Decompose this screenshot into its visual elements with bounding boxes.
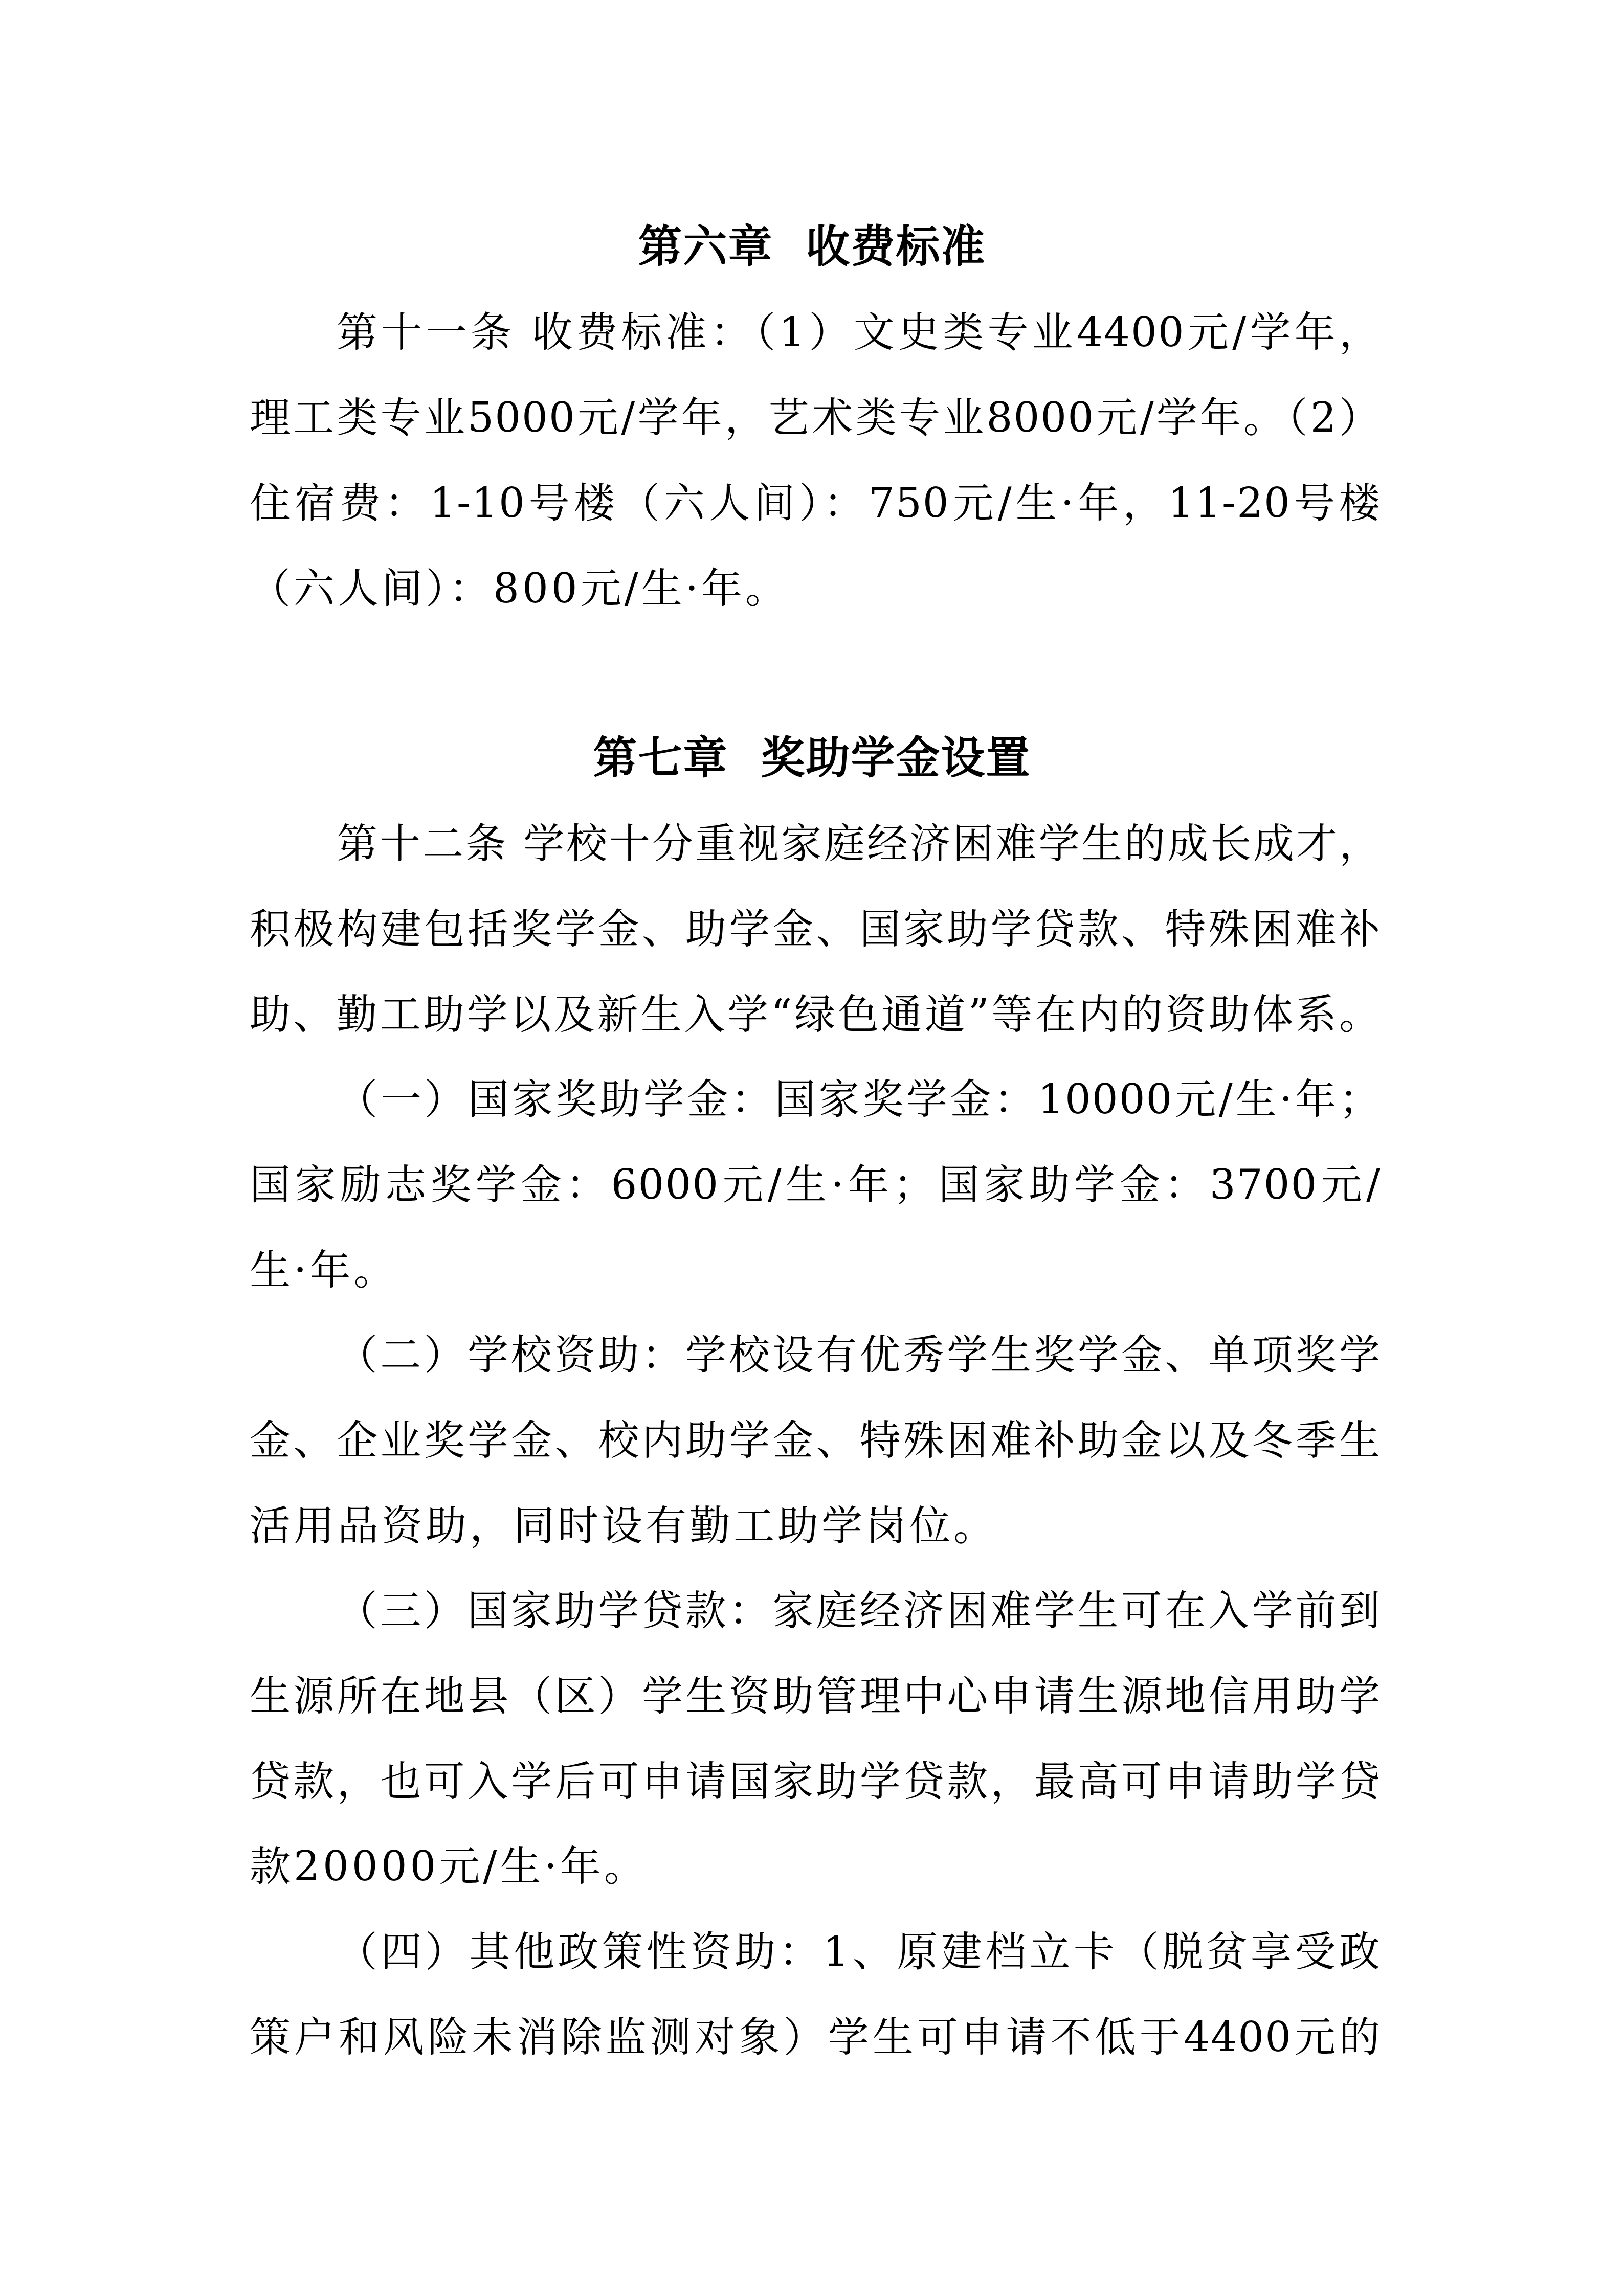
text-line: 第十二条 学校十分重视家庭经济困难学生的成长成才， bbox=[337, 801, 1381, 886]
text-line: 策户和风险未消除监测对象）学生可申请不低于4400元的 bbox=[250, 1995, 1381, 2080]
text-line: 住宿费：1-10号楼（六人间）：750元/生·年，11-20号楼 bbox=[250, 461, 1381, 546]
document-page: 第六章 收费标准 第十一条 收费标准：（1）文史类专业4400元/学年， 理工类… bbox=[0, 0, 1624, 2296]
text-line: 第十一条 收费标准：（1）文史类专业4400元/学年， bbox=[337, 290, 1381, 375]
text-line: 金、企业奖学金、校内助学金、特殊困难补助金以及冬季生 bbox=[250, 1398, 1381, 1483]
text-line: 积极构建包括奖学金、助学金、国家助学贷款、特殊困难补 bbox=[250, 887, 1381, 972]
text-line: 生源所在地县（区）学生资助管理中心申请生源地信用助学 bbox=[250, 1654, 1381, 1739]
text-line: 助、勤工助学以及新生入学“绿色通道”等在内的资助体系。 bbox=[250, 972, 1381, 1057]
text-line: 理工类专业5000元/学年，艺术类专业8000元/学年。（2） bbox=[250, 375, 1381, 460]
text-line: 国家励志奖学金：6000元/生·年；国家助学金：3700元/ bbox=[250, 1142, 1381, 1227]
chapter-7-title: 第七章 奖助学金设置 bbox=[0, 716, 1624, 801]
text-line: 活用品资助，同时设有勤工助学岗位。 bbox=[250, 1483, 1381, 1568]
text-line: 生·年。 bbox=[250, 1228, 1381, 1313]
text-line: （六人间）：800元/生·年。 bbox=[250, 546, 1381, 631]
text-line: 贷款，也可入学后可申请国家助学贷款，最高可申请助学贷 bbox=[250, 1739, 1381, 1824]
text-line: （三）国家助学贷款：家庭经济困难学生可在入学前到 bbox=[337, 1568, 1381, 1653]
text-line: （一）国家奖助学金：国家奖学金：10000元/生·年； bbox=[337, 1057, 1381, 1142]
chapter-6-title: 第六章 收费标准 bbox=[0, 205, 1624, 289]
text-line: （二）学校资助：学校设有优秀学生奖学金、单项奖学 bbox=[337, 1313, 1381, 1398]
text-line: 款20000元/生·年。 bbox=[250, 1824, 1381, 1909]
text-line: （四）其他政策性资助：1、原建档立卡（脱贫享受政 bbox=[337, 1909, 1381, 1994]
